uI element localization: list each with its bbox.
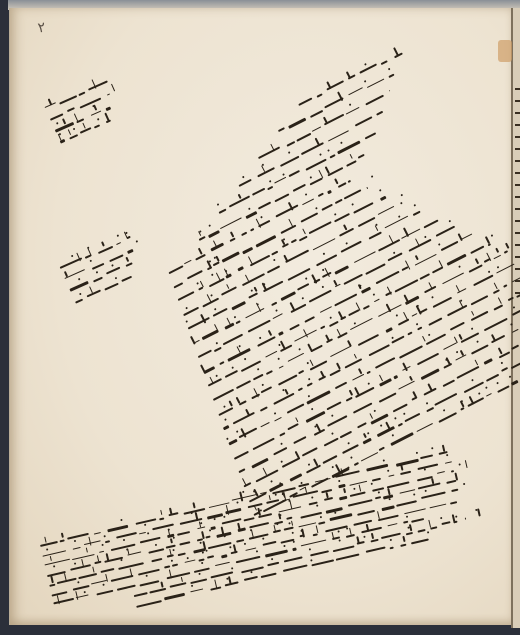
manuscript-scan: ٢ bbox=[0, 0, 520, 635]
next-page-ink bbox=[515, 208, 520, 210]
next-page-ink bbox=[515, 148, 520, 150]
next-page-ink bbox=[515, 196, 520, 198]
next-page-ink bbox=[515, 220, 520, 222]
next-page-ink bbox=[515, 184, 520, 186]
next-page-ink bbox=[515, 268, 520, 270]
paper-stain bbox=[498, 40, 512, 62]
next-page-ink bbox=[515, 160, 520, 162]
manuscript-page bbox=[9, 8, 512, 625]
next-page-edge bbox=[511, 8, 520, 628]
next-page-ink bbox=[515, 232, 520, 234]
next-page-ink bbox=[515, 100, 520, 102]
next-page-ink bbox=[515, 136, 520, 138]
next-page-ink bbox=[515, 124, 520, 126]
next-page-ink bbox=[515, 88, 520, 90]
next-page-ink bbox=[515, 112, 520, 114]
next-page-ink bbox=[515, 172, 520, 174]
next-page-ink bbox=[515, 244, 520, 246]
next-page-ink bbox=[515, 256, 520, 258]
